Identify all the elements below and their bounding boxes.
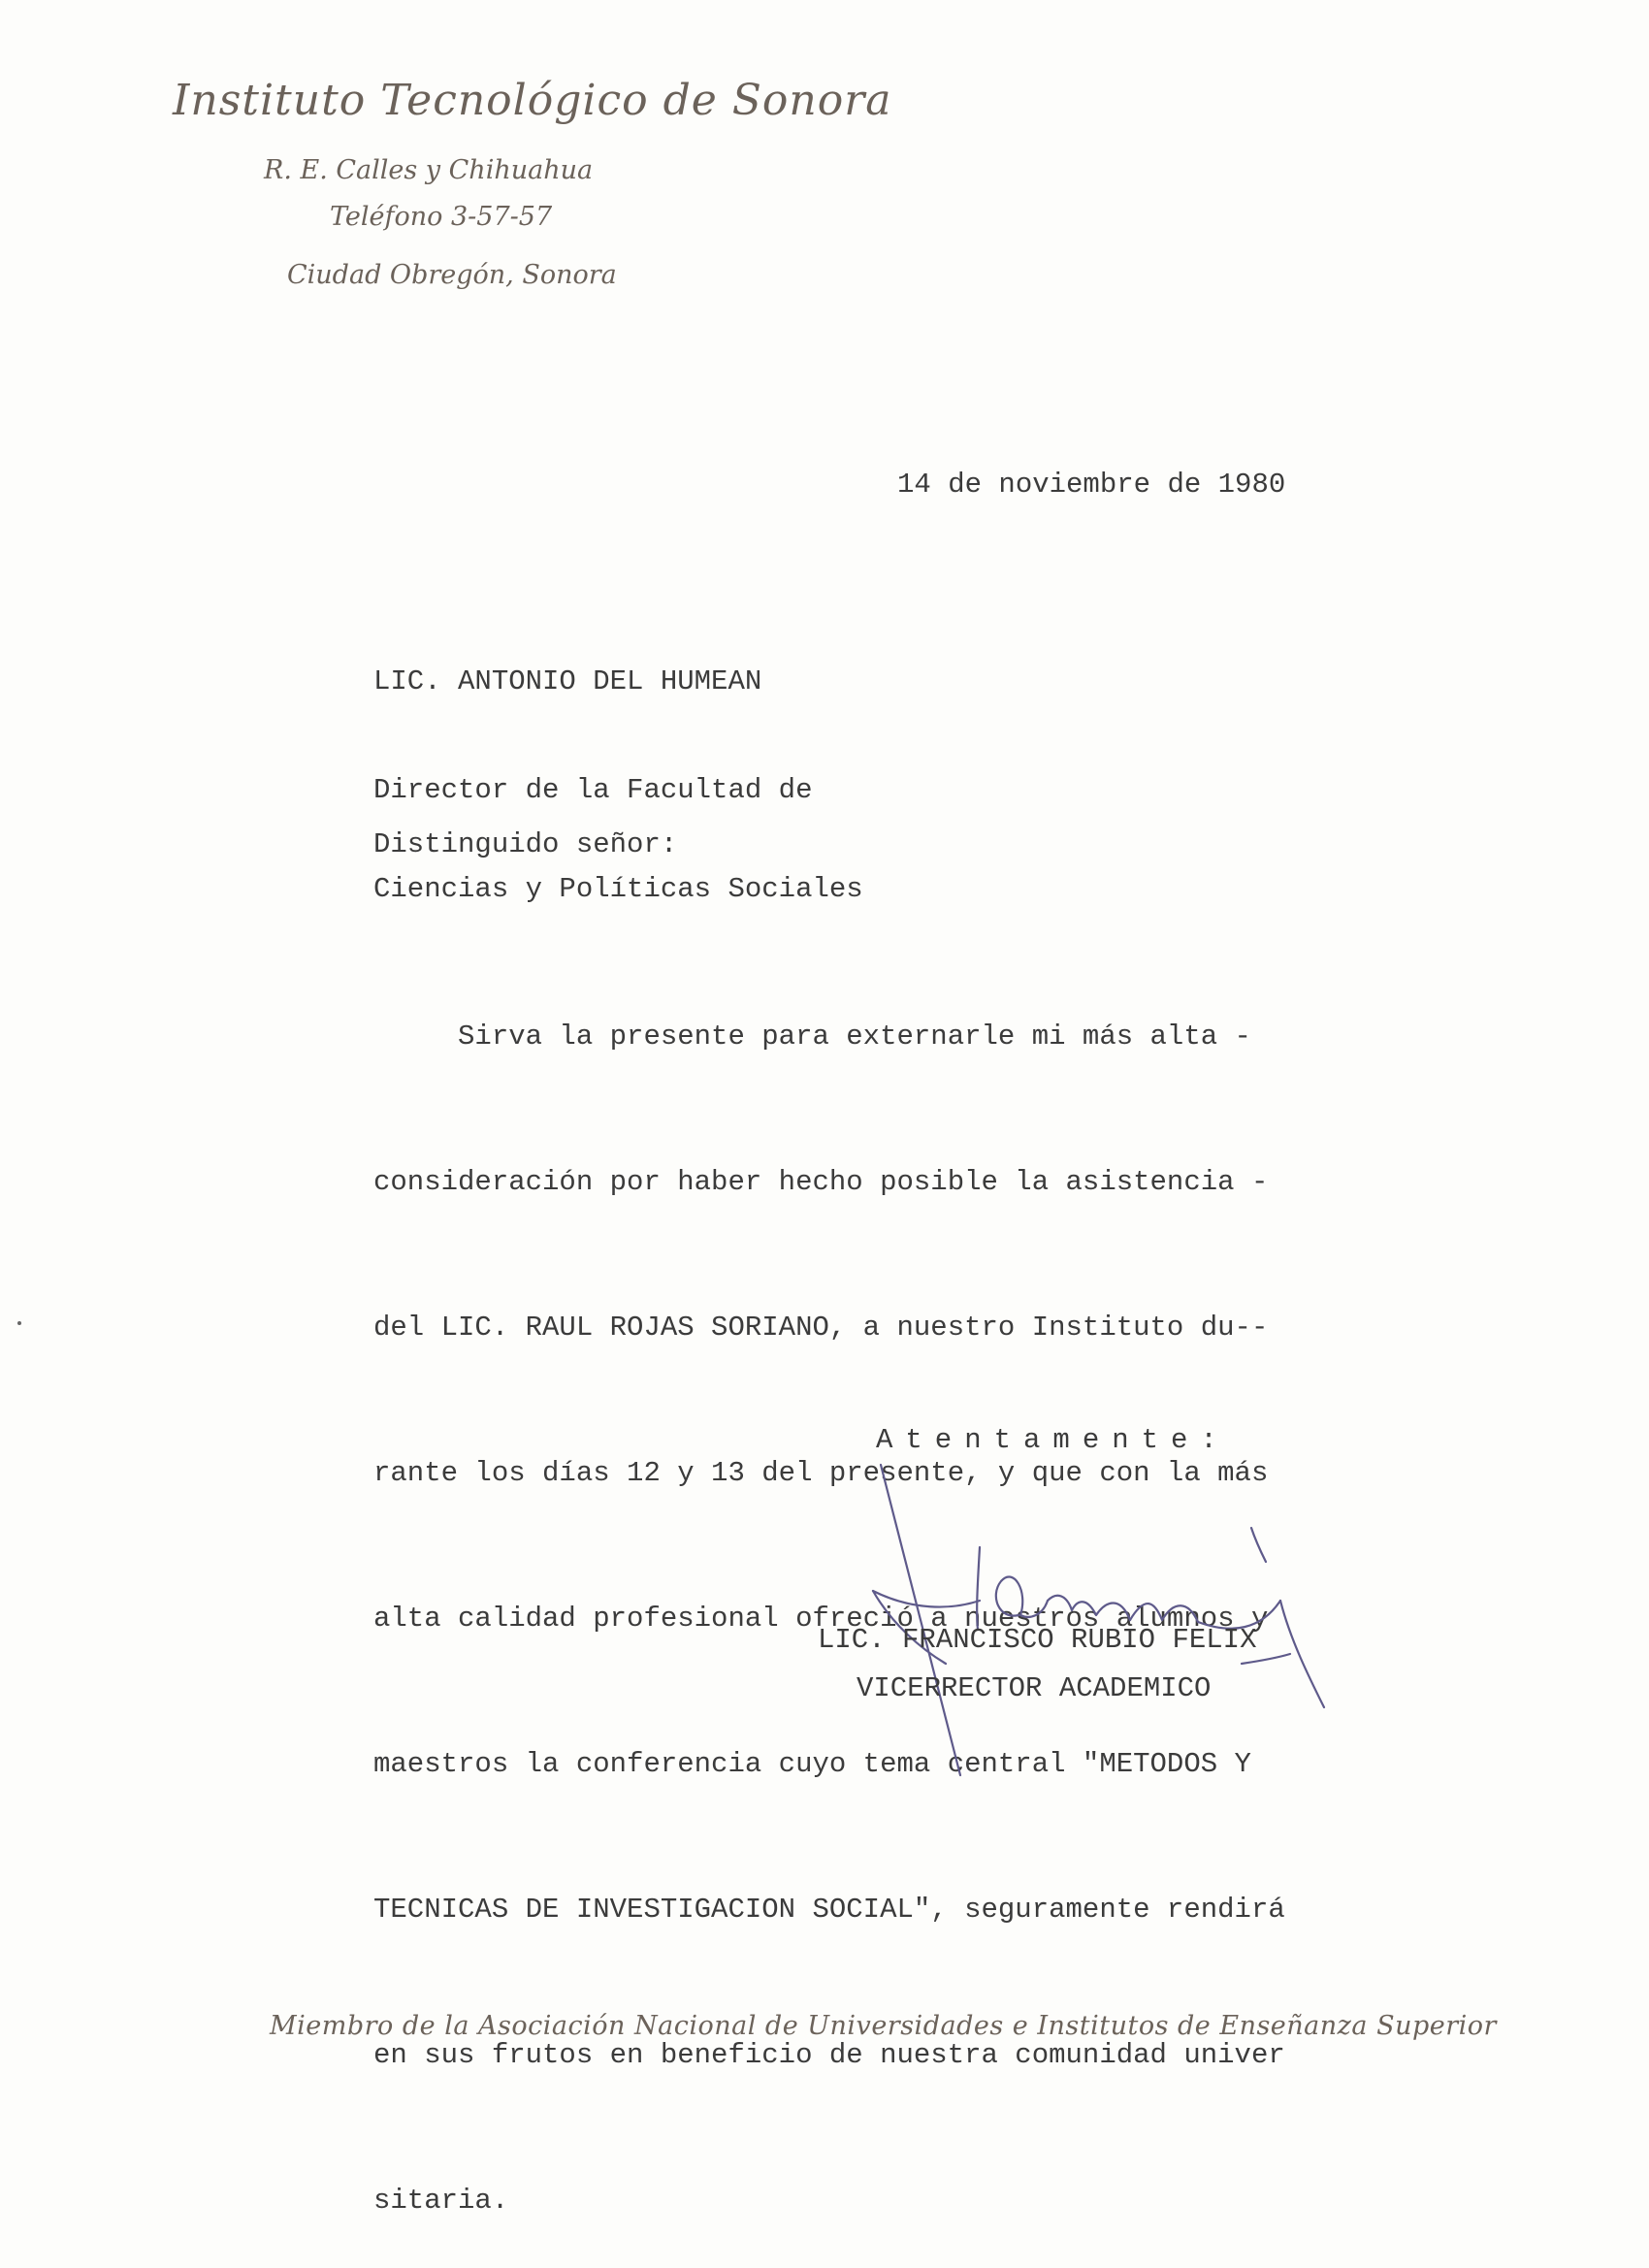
recipient-title-line: Director de la Facultad de xyxy=(373,774,863,807)
body-line: sitaria. xyxy=(373,2177,1285,2225)
signer-title: VICERRECTOR ACADEMICO xyxy=(857,1665,1211,1713)
recipient-name: LIC. ANTONIO DEL HUMEAN xyxy=(373,658,761,706)
recipient-title-line: Ciencias y Políticas Sociales xyxy=(373,873,863,906)
body-line: consideración por haber hecho posible la… xyxy=(373,1158,1285,1207)
institution-address: R. E. Calles y Chihuahua xyxy=(264,155,593,185)
paper-speck xyxy=(17,1321,21,1325)
signer-name: LIC. FRANCISCO RUBIO FELIX xyxy=(818,1616,1256,1665)
body-line: Sirva la presente para externarle mi más… xyxy=(373,1013,1285,1061)
institution-phone: Teléfono 3-57-57 xyxy=(330,202,552,232)
salutation: Distinguido señor: xyxy=(373,821,677,869)
body-line: del LIC. RAUL ROJAS SORIANO, a nuestro I… xyxy=(373,1304,1285,1352)
institution-name: Instituto Tecnológico de Sonora xyxy=(173,76,892,125)
institution-city: Ciudad Obregón, Sonora xyxy=(287,260,617,290)
letterhead-footer: Miembro de la Asociación Nacional de Uni… xyxy=(270,2011,1497,2041)
body-line: TECNICAS DE INVESTIGACION SOCIAL", segur… xyxy=(373,1886,1285,1934)
letter-date: 14 de noviembre de 1980 xyxy=(897,461,1285,509)
